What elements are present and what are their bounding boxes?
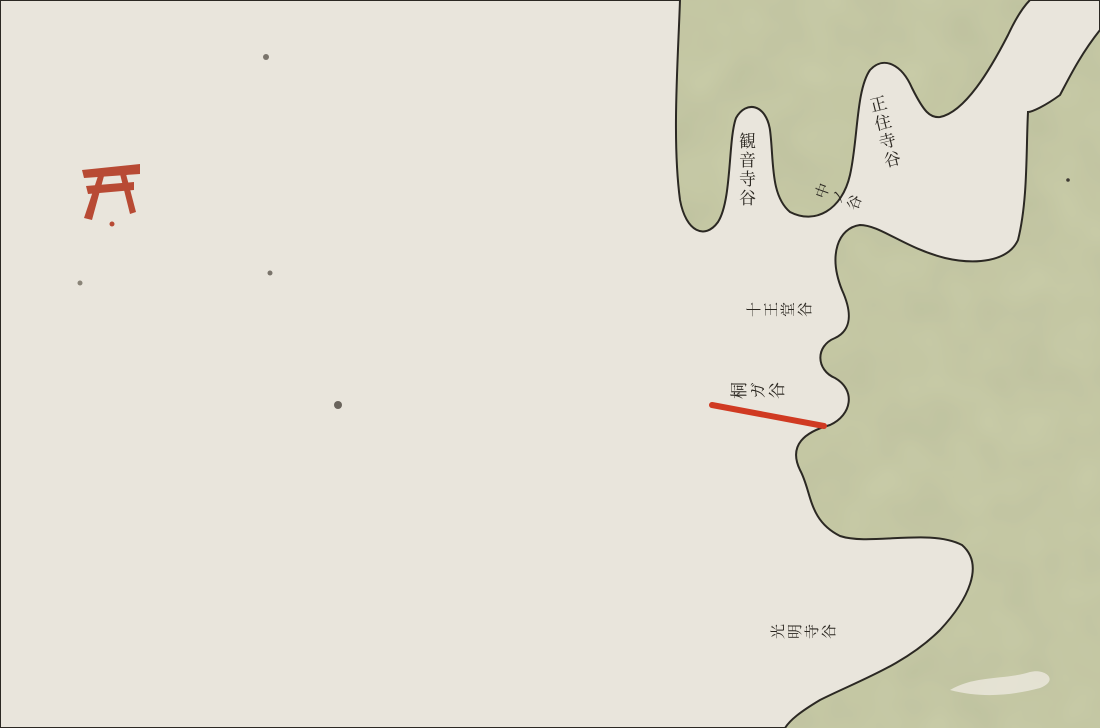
label-komyoji-yatsu: 光明寺谷 [770,625,838,640]
label-juodo-yatsu: 十王堂谷 [746,303,814,318]
label-kannonji-yatsu: 観音寺谷 [736,132,753,208]
valley-map-drawing [0,0,1100,728]
label-kiri-ga-yatsu: 桐ガ谷 [730,385,787,402]
torii-shrine-icon [78,160,142,241]
